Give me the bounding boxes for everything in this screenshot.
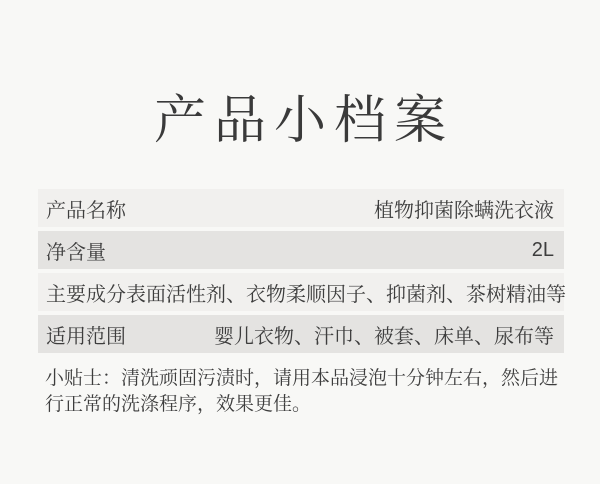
table-row-main-ingredients: 主要成分 表面活性剂、衣物柔顺因子、抑菌剂、茶树精油等 bbox=[38, 273, 564, 311]
row-value: 植物抑菌除螨洗衣液 bbox=[126, 194, 554, 223]
row-label: 产品名称 bbox=[46, 194, 126, 223]
table-row-applicable-range: 适用范围 婴儿衣物、汗巾、被套、床单、尿布等 bbox=[38, 315, 564, 353]
row-label: 净含量 bbox=[46, 236, 106, 265]
product-info-table: 产品名称 植物抑菌除螨洗衣液 净含量 2L 主要成分 表面活性剂、衣物柔顺因子、… bbox=[38, 189, 564, 357]
row-value: 婴儿衣物、汗巾、被套、床单、尿布等 bbox=[126, 320, 554, 349]
row-value: 表面活性剂、衣物柔顺因子、抑菌剂、茶树精油等 bbox=[126, 278, 566, 307]
table-row-net-content: 净含量 2L bbox=[38, 231, 564, 269]
row-value: 2L bbox=[106, 239, 554, 262]
page-title: 产品小档案 bbox=[0, 78, 600, 153]
row-label: 适用范围 bbox=[46, 320, 126, 349]
usage-tip-text: 小贴士：清洗顽固污渍时，请用本品浸泡十分钟左右，然后进行正常的洗涤程序，效果更佳… bbox=[45, 366, 560, 418]
table-row-product-name: 产品名称 植物抑菌除螨洗衣液 bbox=[38, 189, 564, 227]
row-label: 主要成分 bbox=[46, 278, 126, 307]
